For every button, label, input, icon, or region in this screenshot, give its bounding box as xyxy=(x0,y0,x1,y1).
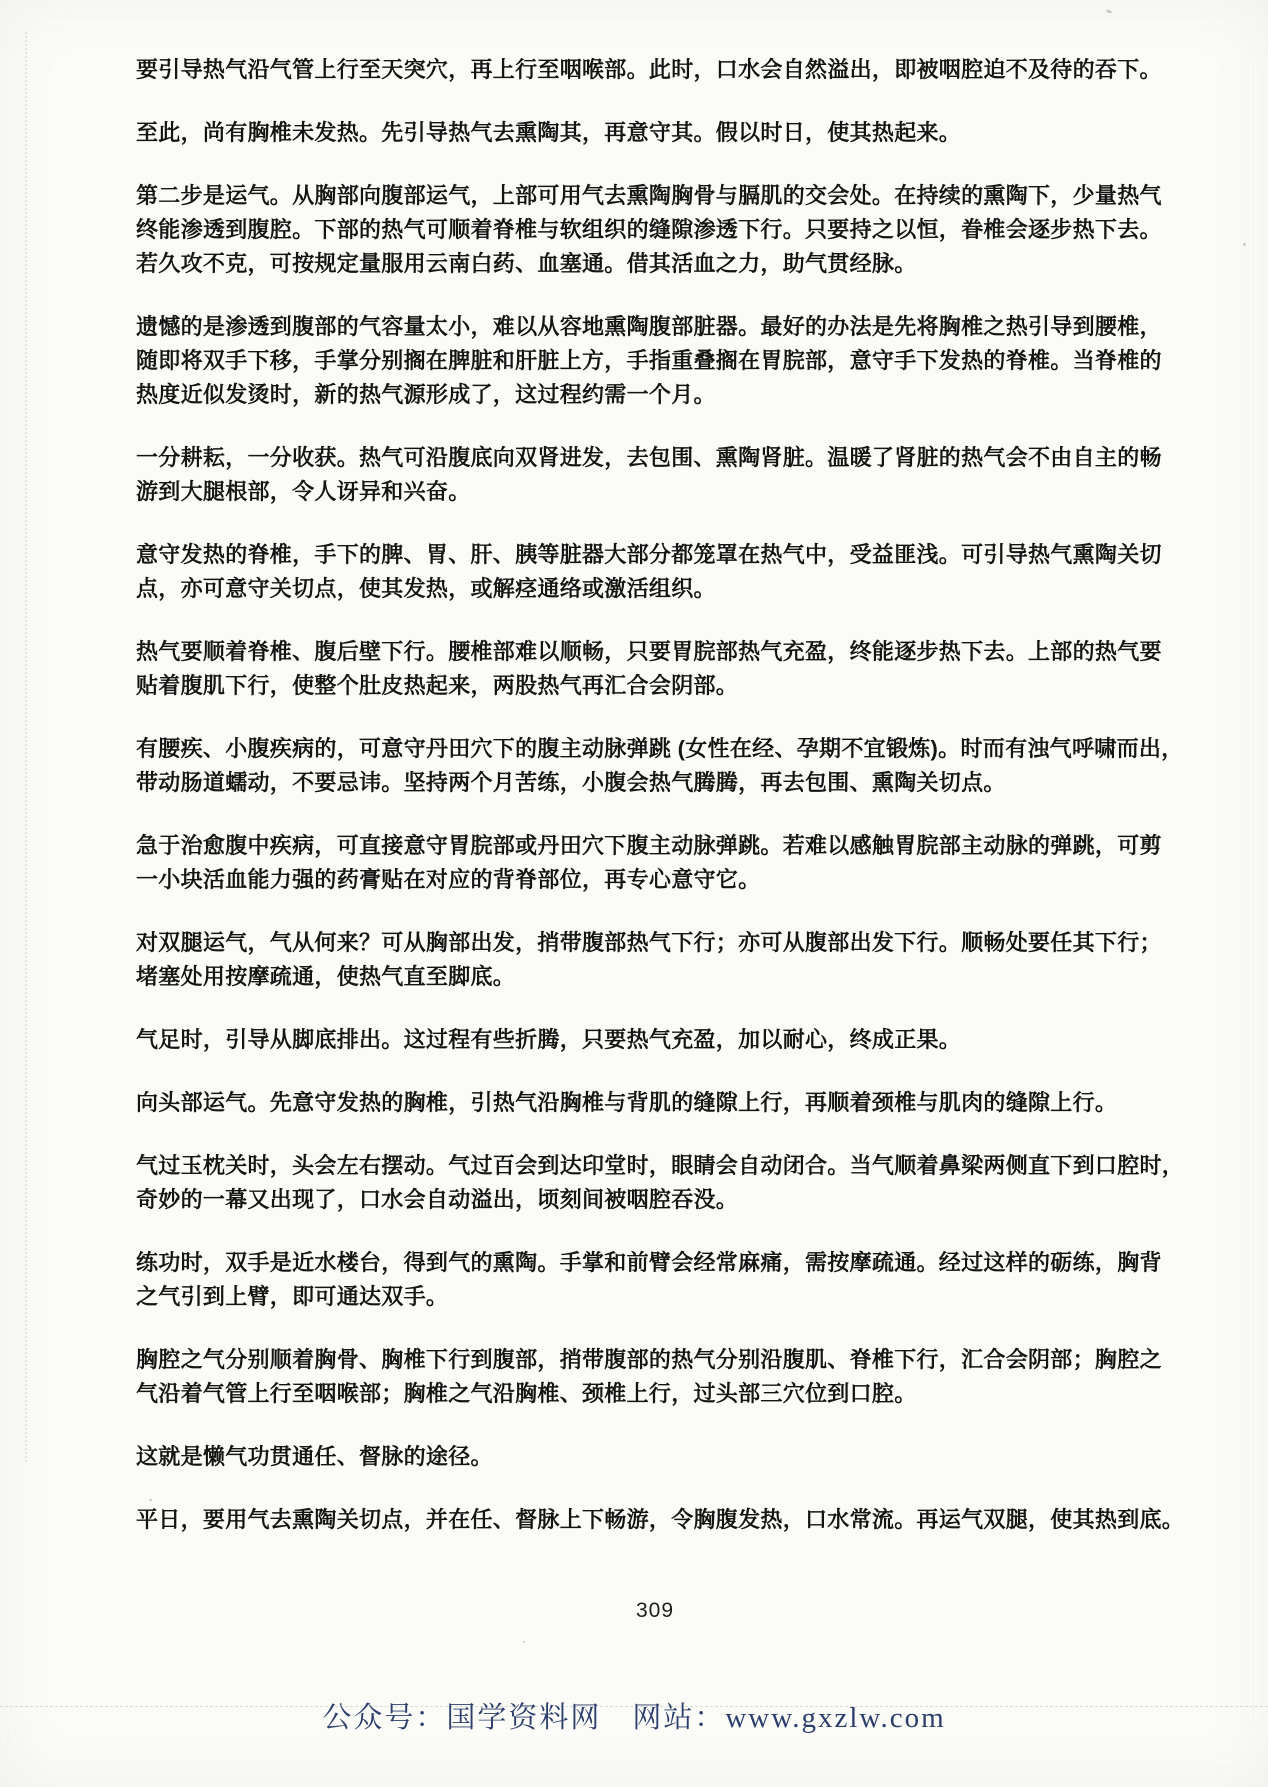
text-line: 气过玉枕关时，头会左右摆动。气过百会到达印堂时，眼睛会自动闭合。当气顺着鼻梁两侧… xyxy=(136,1149,1196,1183)
paragraph: 一分耕耘，一分收获。热气可沿腹底向双肾进发，去包围、熏陶肾脏。温暖了肾脏的热气会… xyxy=(136,441,1196,509)
text-line: 终能渗透到腹腔。下部的热气可顺着脊椎与软组织的缝隙渗透下行。只要持之以恒，眷椎会… xyxy=(136,213,1196,247)
paragraph: 这就是懒气功贯通任、督脉的途径。 xyxy=(136,1440,1196,1474)
text-line: 急于治愈腹中疾病，可直接意守胃脘部或丹田穴下腹主动脉弹跳。若难以感触胃脘部主动脉… xyxy=(136,829,1196,863)
paragraph: 有腰疾、小腹疾病的，可意守丹田穴下的腹主动脉弹跳 (女性在经、孕期不宜锻炼)。时… xyxy=(136,732,1196,800)
paragraph: 遗憾的是渗透到腹部的气容量太小，难以从容地熏陶腹部脏器。最好的办法是先将胸椎之热… xyxy=(136,310,1196,412)
text-line: 练功时，双手是近水楼台，得到气的熏陶。手掌和前臂会经常麻痛，需按摩疏通。经过这样… xyxy=(136,1246,1196,1280)
paragraph: 胸腔之气分别顺着胸骨、胸椎下行到腹部，捎带腹部的热气分别沿腹肌、脊椎下行，汇合会… xyxy=(136,1343,1196,1411)
text-line: 胸腔之气分别顺着胸骨、胸椎下行到腹部，捎带腹部的热气分别沿腹肌、脊椎下行，汇合会… xyxy=(136,1343,1196,1377)
paragraph: 至此，尚有胸椎未发热。先引导热气去熏陶其，再意守其。假以时日，使其热起来。 xyxy=(136,116,1196,150)
text-line: 意守发热的脊椎，手下的脾、胃、肝、胰等脏器大部分都笼罩在热气中，受益匪浅。可引导… xyxy=(136,538,1196,572)
text-line: 带动肠道蠕动，不要忌讳。坚持两个月苦练，小腹会热气腾腾，再去包围、熏陶关切点。 xyxy=(136,766,1196,800)
text-line: 第二步是运气。从胸部向腹部运气，上部可用气去熏陶胸骨与膈肌的交会处。在持续的熏陶… xyxy=(136,179,1196,213)
text-line: 点，亦可意守关切点，使其发热，或解痉通络或激活组织。 xyxy=(136,572,1196,606)
scan-speck xyxy=(1243,243,1246,246)
paragraph: 急于治愈腹中疾病，可直接意守胃脘部或丹田穴下腹主动脉弹跳。若难以感触胃脘部主动脉… xyxy=(136,829,1196,897)
text-line: 气沿着气管上行至咽喉部；胸椎之气沿胸椎、颈椎上行，过头部三穴位到口腔。 xyxy=(136,1377,1196,1411)
paragraph: 要引导热气沿气管上行至天突穴，再上行至咽喉部。此时，口水会自然溢出，即被咽腔迫不… xyxy=(136,53,1196,87)
scanned-page: 要引导热气沿气管上行至天突穴，再上行至咽喉部。此时，口水会自然溢出，即被咽腔迫不… xyxy=(0,0,1268,1787)
paragraph: 第二步是运气。从胸部向腹部运气，上部可用气去熏陶胸骨与膈肌的交会处。在持续的熏陶… xyxy=(136,179,1196,281)
paragraph: 意守发热的脊椎，手下的脾、胃、肝、胰等脏器大部分都笼罩在热气中，受益匪浅。可引导… xyxy=(136,538,1196,606)
text-line: 对双腿运气，气从何来？可从胸部出发，捎带腹部热气下行；亦可从腹部出发下行。顺畅处… xyxy=(136,926,1196,960)
text-line: 贴着腹肌下行，使整个肚皮热起来，两股热气再汇合会阴部。 xyxy=(136,669,1196,703)
scan-speck xyxy=(523,1641,525,1643)
paragraph: 气足时，引导从脚底排出。这过程有些折腾，只要热气充盈，加以耐心，终成正果。 xyxy=(136,1023,1196,1057)
text-line: 之气引到上臂，即可通达双手。 xyxy=(136,1280,1196,1314)
watermark-footer: 公众号：国学资料网 网站：www.gxzlw.com xyxy=(0,1695,1268,1736)
text-line: 奇妙的一幕又出现了，口水会自动溢出，顷刻间被咽腔吞没。 xyxy=(136,1183,1196,1217)
scan-artifact-vertical-line xyxy=(25,32,27,1462)
paragraph: 练功时，双手是近水楼台，得到气的熏陶。手掌和前臂会经常麻痛，需按摩疏通。经过这样… xyxy=(136,1246,1196,1314)
paragraph: 向头部运气。先意守发热的胸椎，引热气沿胸椎与背肌的缝隙上行，再顺着颈椎与肌肉的缝… xyxy=(136,1086,1196,1120)
text-line: 遗憾的是渗透到腹部的气容量太小，难以从容地熏陶腹部脏器。最好的办法是先将胸椎之热… xyxy=(136,310,1196,344)
text-line: 游到大腿根部，令人讶异和兴奋。 xyxy=(136,475,1196,509)
text-line: 一分耕耘，一分收获。热气可沿腹底向双肾进发，去包围、熏陶肾脏。温暖了肾脏的热气会… xyxy=(136,441,1196,475)
text-line: 热气要顺着脊椎、腹后壁下行。腰椎部难以顺畅，只要胃脘部热气充盈，终能逐步热下去。… xyxy=(136,635,1196,669)
paragraph: 气过玉枕关时，头会左右摆动。气过百会到达印堂时，眼睛会自动闭合。当气顺着鼻梁两侧… xyxy=(136,1149,1196,1217)
text-line: 随即将双手下移，手掌分别搁在脾脏和肝脏上方，手指重叠搁在胃脘部，意守手下发热的脊… xyxy=(136,344,1196,378)
text-line: 热度近似发烫时，新的热气源形成了，这过程约需一个月。 xyxy=(136,378,1196,412)
paragraph: 对双腿运气，气从何来？可从胸部出发，捎带腹部热气下行；亦可从腹部出发下行。顺畅处… xyxy=(136,926,1196,994)
page-body: 要引导热气沿气管上行至天突穴，再上行至咽喉部。此时，口水会自然溢出，即被咽腔迫不… xyxy=(136,53,1196,1566)
paragraph: 平日，要用气去熏陶关切点，并在任、督脉上下畅游，令胸腹发热，口水常流。再运气双腿… xyxy=(136,1503,1196,1537)
scan-speck xyxy=(1106,9,1113,14)
paragraph: 热气要顺着脊椎、腹后壁下行。腰椎部难以顺畅，只要胃脘部热气充盈，终能逐步热下去。… xyxy=(136,635,1196,703)
text-line: 一小块活血能力强的药膏贴在对应的背脊部位，再专心意守它。 xyxy=(136,863,1196,897)
text-line: 平日，要用气去熏陶关切点，并在任、督脉上下畅游，令胸腹发热，口水常流。再运气双腿… xyxy=(136,1503,1196,1537)
page-number: 309 xyxy=(0,1599,1268,1623)
text-line: 这就是懒气功贯通任、督脉的途径。 xyxy=(136,1440,1196,1474)
text-line: 若久攻不克，可按规定量服用云南白药、血塞通。借其活血之力，助气贯经脉。 xyxy=(136,247,1196,281)
text-line: 气足时，引导从脚底排出。这过程有些折腾，只要热气充盈，加以耐心，终成正果。 xyxy=(136,1023,1196,1057)
text-line: 至此，尚有胸椎未发热。先引导热气去熏陶其，再意守其。假以时日，使其热起来。 xyxy=(136,116,1196,150)
text-line: 向头部运气。先意守发热的胸椎，引热气沿胸椎与背肌的缝隙上行，再顺着颈椎与肌肉的缝… xyxy=(136,1086,1196,1120)
text-line: 堵塞处用按摩疏通，使热气直至脚底。 xyxy=(136,960,1196,994)
text-line: 有腰疾、小腹疾病的，可意守丹田穴下的腹主动脉弹跳 (女性在经、孕期不宜锻炼)。时… xyxy=(136,732,1196,766)
text-line: 要引导热气沿气管上行至天突穴，再上行至咽喉部。此时，口水会自然溢出，即被咽腔迫不… xyxy=(136,53,1196,87)
